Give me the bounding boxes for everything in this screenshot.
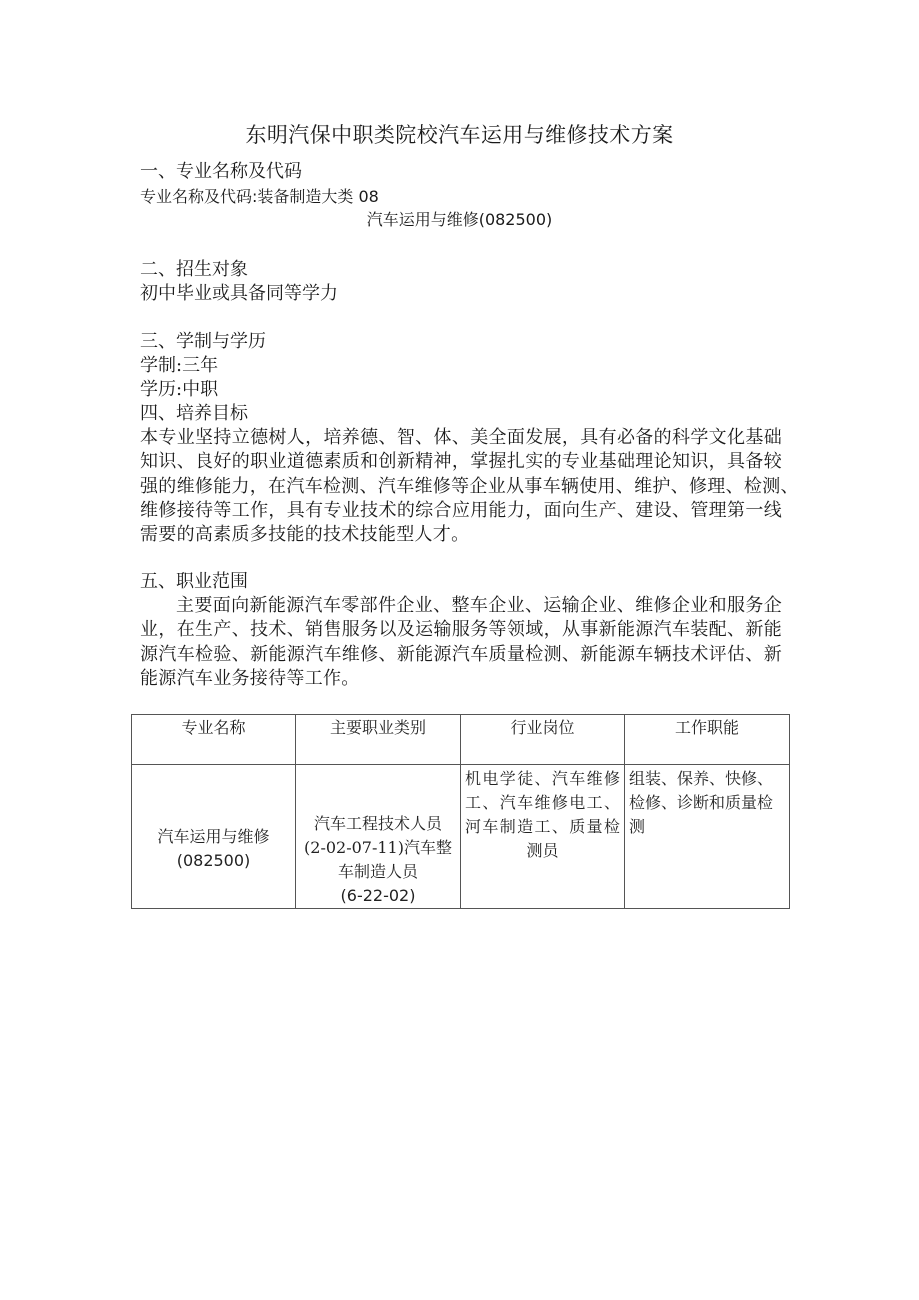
- section-heading-duration: 三、学制与学历: [140, 330, 266, 354]
- section-heading-enrollment: 二、招生对象: [140, 258, 248, 282]
- enrollment-text: 初中毕业或具备同等学力: [140, 282, 338, 306]
- section-heading-career-scope: 五、职业范围: [140, 570, 248, 594]
- cell-occupation-category: 汽车工程技术人员 (2-02-07-11)汽车整 车制造人员 (6-22-02): [296, 765, 461, 909]
- header-occupation-category: 主要职业类别: [296, 715, 461, 765]
- document-title: 东明汽保中职类院校汽车运用与维修技术方案: [0, 121, 919, 149]
- document-page: 东明汽保中职类院校汽车运用与维修技术方案 一、专业名称及代码 专业名称及代码:装…: [0, 0, 919, 1300]
- cell-line: 测: [629, 815, 785, 839]
- major-code-centered: 汽车运用与维修(082500): [0, 209, 919, 231]
- cell-line: (082500): [136, 849, 291, 873]
- section-heading-objectives: 四、培养目标: [140, 402, 248, 426]
- table-header-row: 专业名称 主要职业类别 行业岗位 工作职能: [132, 715, 790, 765]
- paragraph-line: 业，在生产、技术、销售服务以及运输服务等领域，从事新能源汽车装配、新能: [140, 618, 782, 642]
- paragraph-line: 强的维修能力，在汽车检测、汽车维修等企业从事车辆使用、维护、修理、检测、: [140, 475, 782, 499]
- paragraph-line: 本专业坚持立德树人，培养德、智、体、美全面发展，具有必备的科学文化基础: [140, 426, 782, 450]
- table-row: 汽车运用与维修 (082500) 汽车工程技术人员 (2-02-07-11)汽车…: [132, 765, 790, 909]
- header-industry-post: 行业岗位: [461, 715, 625, 765]
- cell-major-name: 汽车运用与维修 (082500): [132, 765, 296, 909]
- cell-job-function: 组装、保养、快修、 检修、诊断和质量检 测: [625, 765, 790, 909]
- paragraph-line: 源汽车检验、新能源汽车维修、新能源汽车质量检测、新能源车辆技术评估、新: [140, 643, 782, 667]
- cell-line: (2-02-07-11)汽车整: [300, 836, 456, 860]
- degree-text: 学历:中职: [140, 378, 218, 402]
- cell-line: (6-22-02): [300, 884, 456, 908]
- cell-industry-post: 机电学徒、汽车维修 工、汽车维修电工、 河车制造工、质量检 测员: [461, 765, 625, 909]
- objectives-paragraph: 本专业坚持立德树人，培养德、智、体、美全面发展，具有必备的科学文化基础 知识、良…: [140, 426, 782, 547]
- major-code-line: 专业名称及代码:装备制造大类 08: [140, 185, 379, 209]
- paragraph-line: 需要的高素质多技能的技术技能型人才。: [140, 523, 782, 547]
- cell-line: 汽车工程技术人员: [300, 812, 456, 836]
- cell-line: 河车制造工、质量检: [465, 815, 620, 839]
- cell-line: 组装、保养、快修、: [629, 767, 785, 791]
- cell-line: 机电学徒、汽车维修: [465, 767, 620, 791]
- cell-line: 汽车运用与维修: [136, 825, 291, 849]
- cell-line: 测员: [465, 839, 620, 863]
- paragraph-line: 主要面向新能源汽车零部件企业、整车企业、运输企业、维修企业和服务企: [140, 594, 782, 618]
- header-job-function: 工作职能: [625, 715, 790, 765]
- cell-line: 检修、诊断和质量检: [629, 791, 785, 815]
- paragraph-line: 知识、良好的职业道德素质和创新精神，掌握扎实的专业基础理论知识，具备较: [140, 450, 782, 474]
- paragraph-line: 能源汽车业务接待等工作。: [140, 667, 782, 691]
- section-heading-major-code: 一、专业名称及代码: [140, 160, 302, 184]
- paragraph-line: 维修接待等工作，具有专业技术的综合应用能力，面向生产、建设、管理第一线: [140, 499, 782, 523]
- career-table: 专业名称 主要职业类别 行业岗位 工作职能 汽车运用与维修 (082500) 汽…: [131, 714, 790, 909]
- cell-line: 工、汽车维修电工、: [465, 791, 620, 815]
- duration-text: 学制:三年: [140, 354, 218, 378]
- header-major-name: 专业名称: [132, 715, 296, 765]
- cell-line: 车制造人员: [300, 860, 456, 884]
- career-scope-paragraph: 主要面向新能源汽车零部件企业、整车企业、运输企业、维修企业和服务企 业，在生产、…: [140, 594, 782, 691]
